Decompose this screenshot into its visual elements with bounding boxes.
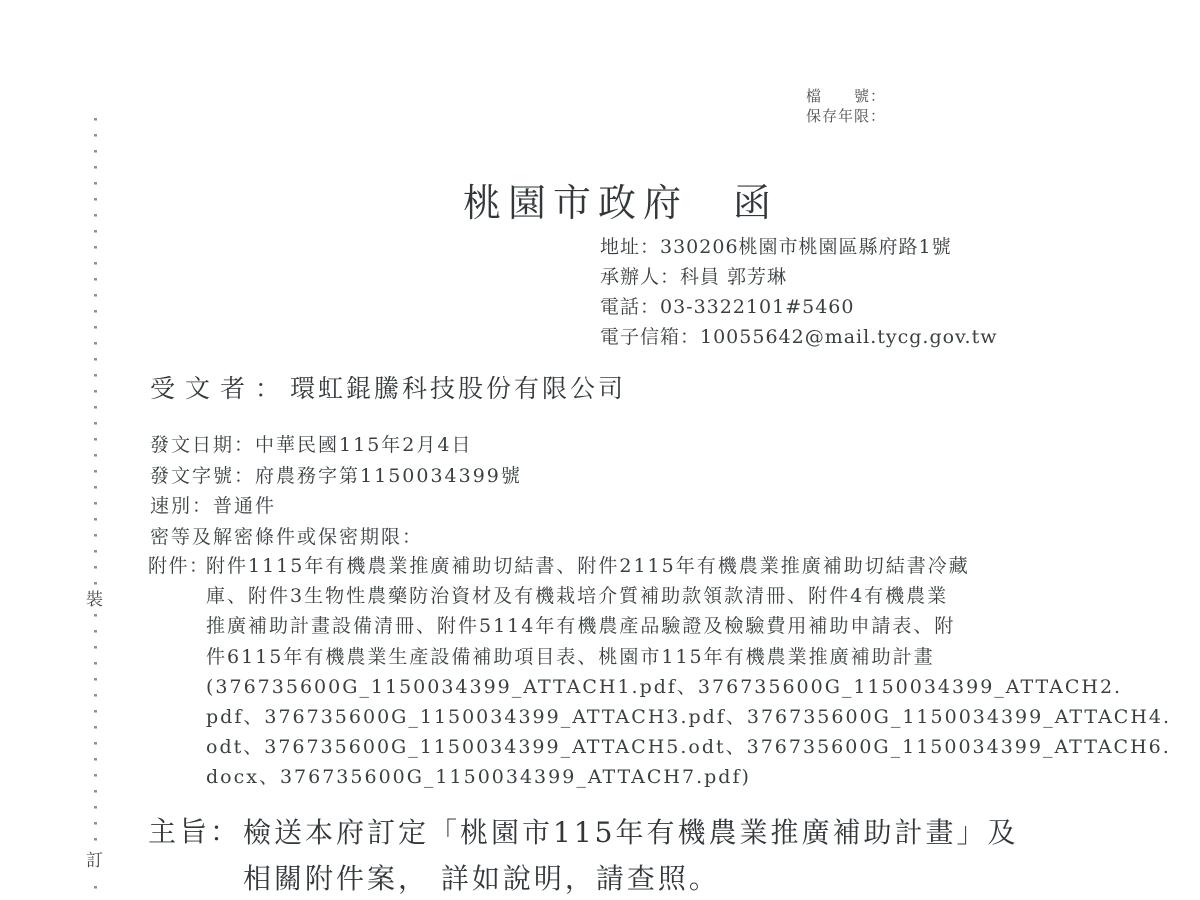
field-security-class-label: 密等及解密條件或保密期限： [150,526,423,548]
field-issue-date-value: 中華民國115年2月4日 [255,434,472,456]
recipient-label: 受文者： [150,374,290,403]
attachment-line: 推廣補助計畫設備清冊、附件5114年有機農產品驗證及檢驗費用補助申請表、附 [206,611,1156,641]
attachment-line: (376735600G_1150034399_ATTACH1.pdf、37673… [206,672,1156,702]
scanned-official-letter: 檔 號： 保存年限： 桃園市政府 函 地址：330206桃園市桃園區縣府路1號 … [0,0,1200,900]
sender-email: 電子信箱：10055642@mail.tycg.gov.tw [600,322,997,352]
attachment-line: 附件1115年有機農業推廣補助切結書、附件2115年有機農業推廣補助切結書冷藏 [206,551,1156,581]
document-title: 桃園市政府 函 [463,172,778,227]
subject-line-2: 相關附件案， 詳如說明，請查照。 [243,856,1018,900]
sender-handler: 承辦人：科員 郭芳琳 [600,262,997,292]
subject-body: 檢送本府訂定「桃園市115年有機農業推廣補助計畫」及 相關附件案， 詳如說明，請… [243,810,1018,900]
attachment-label: 附件： [148,551,210,578]
field-speed-class: 速別：普通件 [150,491,522,522]
field-doc-number: 發文字號：府農務字第1150034399號 [150,461,522,492]
field-speed-class-value: 普通件 [213,495,276,517]
subject-label: 主旨： [148,810,241,850]
field-security-class: 密等及解密條件或保密期限： [150,522,522,553]
binding-mark-zhuang: 裝 [86,588,103,613]
sender-phone: 電話：03-3322101#5460 [600,292,997,322]
attachment-line: odt、376735600G_1150034399_ATTACH5.odt、37… [206,732,1156,762]
attachment-list: 附件1115年有機農業推廣補助切結書、附件2115年有機農業推廣補助切結書冷藏 … [206,551,1156,793]
field-doc-number-label: 發文字號： [150,465,255,487]
field-issue-date-label: 發文日期： [150,434,255,456]
binding-dotted-line [94,118,97,900]
document-fields: 發文日期：中華民國115年2月4日 發文字號：府農務字第1150034399號 … [150,430,522,552]
file-number-label: 檔 號： [806,86,886,106]
sender-info-block: 地址：330206桃園市桃園區縣府路1號 承辦人：科員 郭芳琳 電話：03-33… [600,232,997,352]
attachment-line: 庫、附件3生物性農藥防治資材及有機栽培介質補助款領款清冊、附件4有機農業 [206,581,1156,611]
field-doc-number-value: 府農務字第1150034399號 [255,465,522,487]
attachment-line: 件6115年有機農業生產設備補助項目表、桃園市115年有機農業推廣補助計畫 [206,642,1156,672]
recipient-name: 環虹錕騰科技股份有限公司 [290,374,626,403]
attachment-line: docx、376735600G_1150034399_ATTACH7.pdf) [206,762,1156,792]
subject-line-1: 檢送本府訂定「桃園市115年有機農業推廣補助計畫」及 [243,810,1018,856]
binding-mark-ding: 訂 [86,849,103,874]
retention-period-label: 保存年限： [806,106,886,126]
recipient-line: 受文者：環虹錕騰科技股份有限公司 [150,369,626,405]
sender-address: 地址：330206桃園市桃園區縣府路1號 [600,232,997,262]
attachment-line: pdf、376735600G_1150034399_ATTACH3.pdf、37… [206,702,1156,732]
archive-label-block: 檔 號： 保存年限： [806,86,886,126]
field-speed-class-label: 速別： [150,495,213,517]
field-issue-date: 發文日期：中華民國115年2月4日 [150,430,522,461]
